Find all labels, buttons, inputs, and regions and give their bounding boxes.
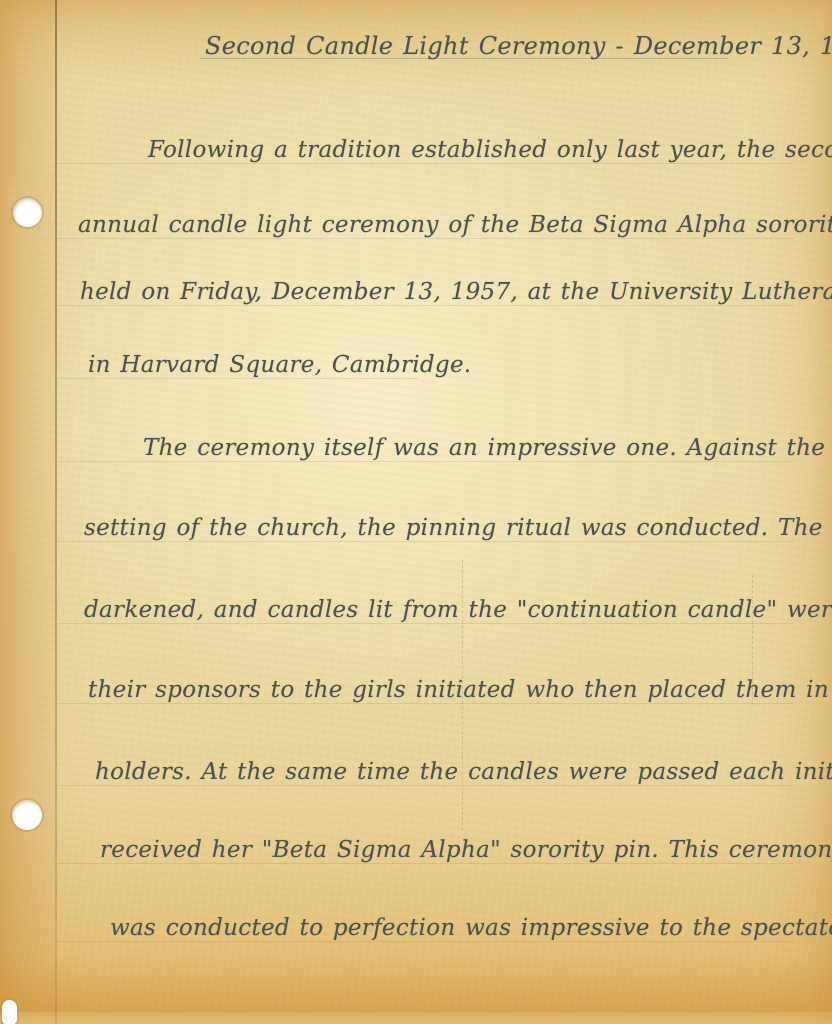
binding-edge-shade (0, 0, 55, 1024)
handwritten-line: The ceremony itself was an impressive on… (143, 435, 832, 461)
ruled-line (58, 461, 793, 462)
bottom-page-edge (0, 1012, 832, 1024)
ruled-line (58, 541, 793, 542)
scanned-document: Second Candle Light Ceremony - December … (0, 0, 832, 1024)
ruled-line (58, 703, 793, 704)
bottom-shadow-band (0, 952, 832, 1012)
ruled-line (58, 238, 793, 239)
ruled-line (58, 378, 418, 379)
ruled-line (58, 785, 793, 786)
margin-rule-line (55, 0, 57, 1024)
handwritten-line: annual candle light ceremony of the Beta… (78, 212, 832, 238)
ruled-line (58, 163, 793, 164)
hole-punch-bottom (12, 800, 42, 830)
page-title: Second Candle Light Ceremony - December … (205, 32, 832, 60)
handwritten-line: in Harvard Square, Cambridge. (88, 352, 471, 378)
ruled-line (58, 941, 793, 942)
handwritten-line: was conducted to perfection was impressi… (110, 915, 832, 941)
hole-punch-bottom-corner (2, 1000, 17, 1024)
handwritten-line: received her "Beta Sigma Alpha" sorority… (100, 837, 832, 863)
handwritten-line: their sponsors to the girls initiated wh… (88, 677, 832, 703)
handwritten-line: holders. At the same time the candles we… (95, 759, 832, 785)
handwritten-line: Following a tradition established only l… (148, 137, 832, 163)
handwritten-line: held on Friday, December 13, 1957, at th… (80, 279, 832, 305)
ruled-line (58, 623, 793, 624)
ruled-line (58, 305, 793, 306)
hole-punch-top (13, 198, 42, 227)
handwritten-line: darkened, and candles lit from the "cont… (84, 597, 832, 623)
handwritten-line: setting of the church, the pinning ritua… (84, 515, 832, 541)
ruled-line (58, 863, 793, 864)
